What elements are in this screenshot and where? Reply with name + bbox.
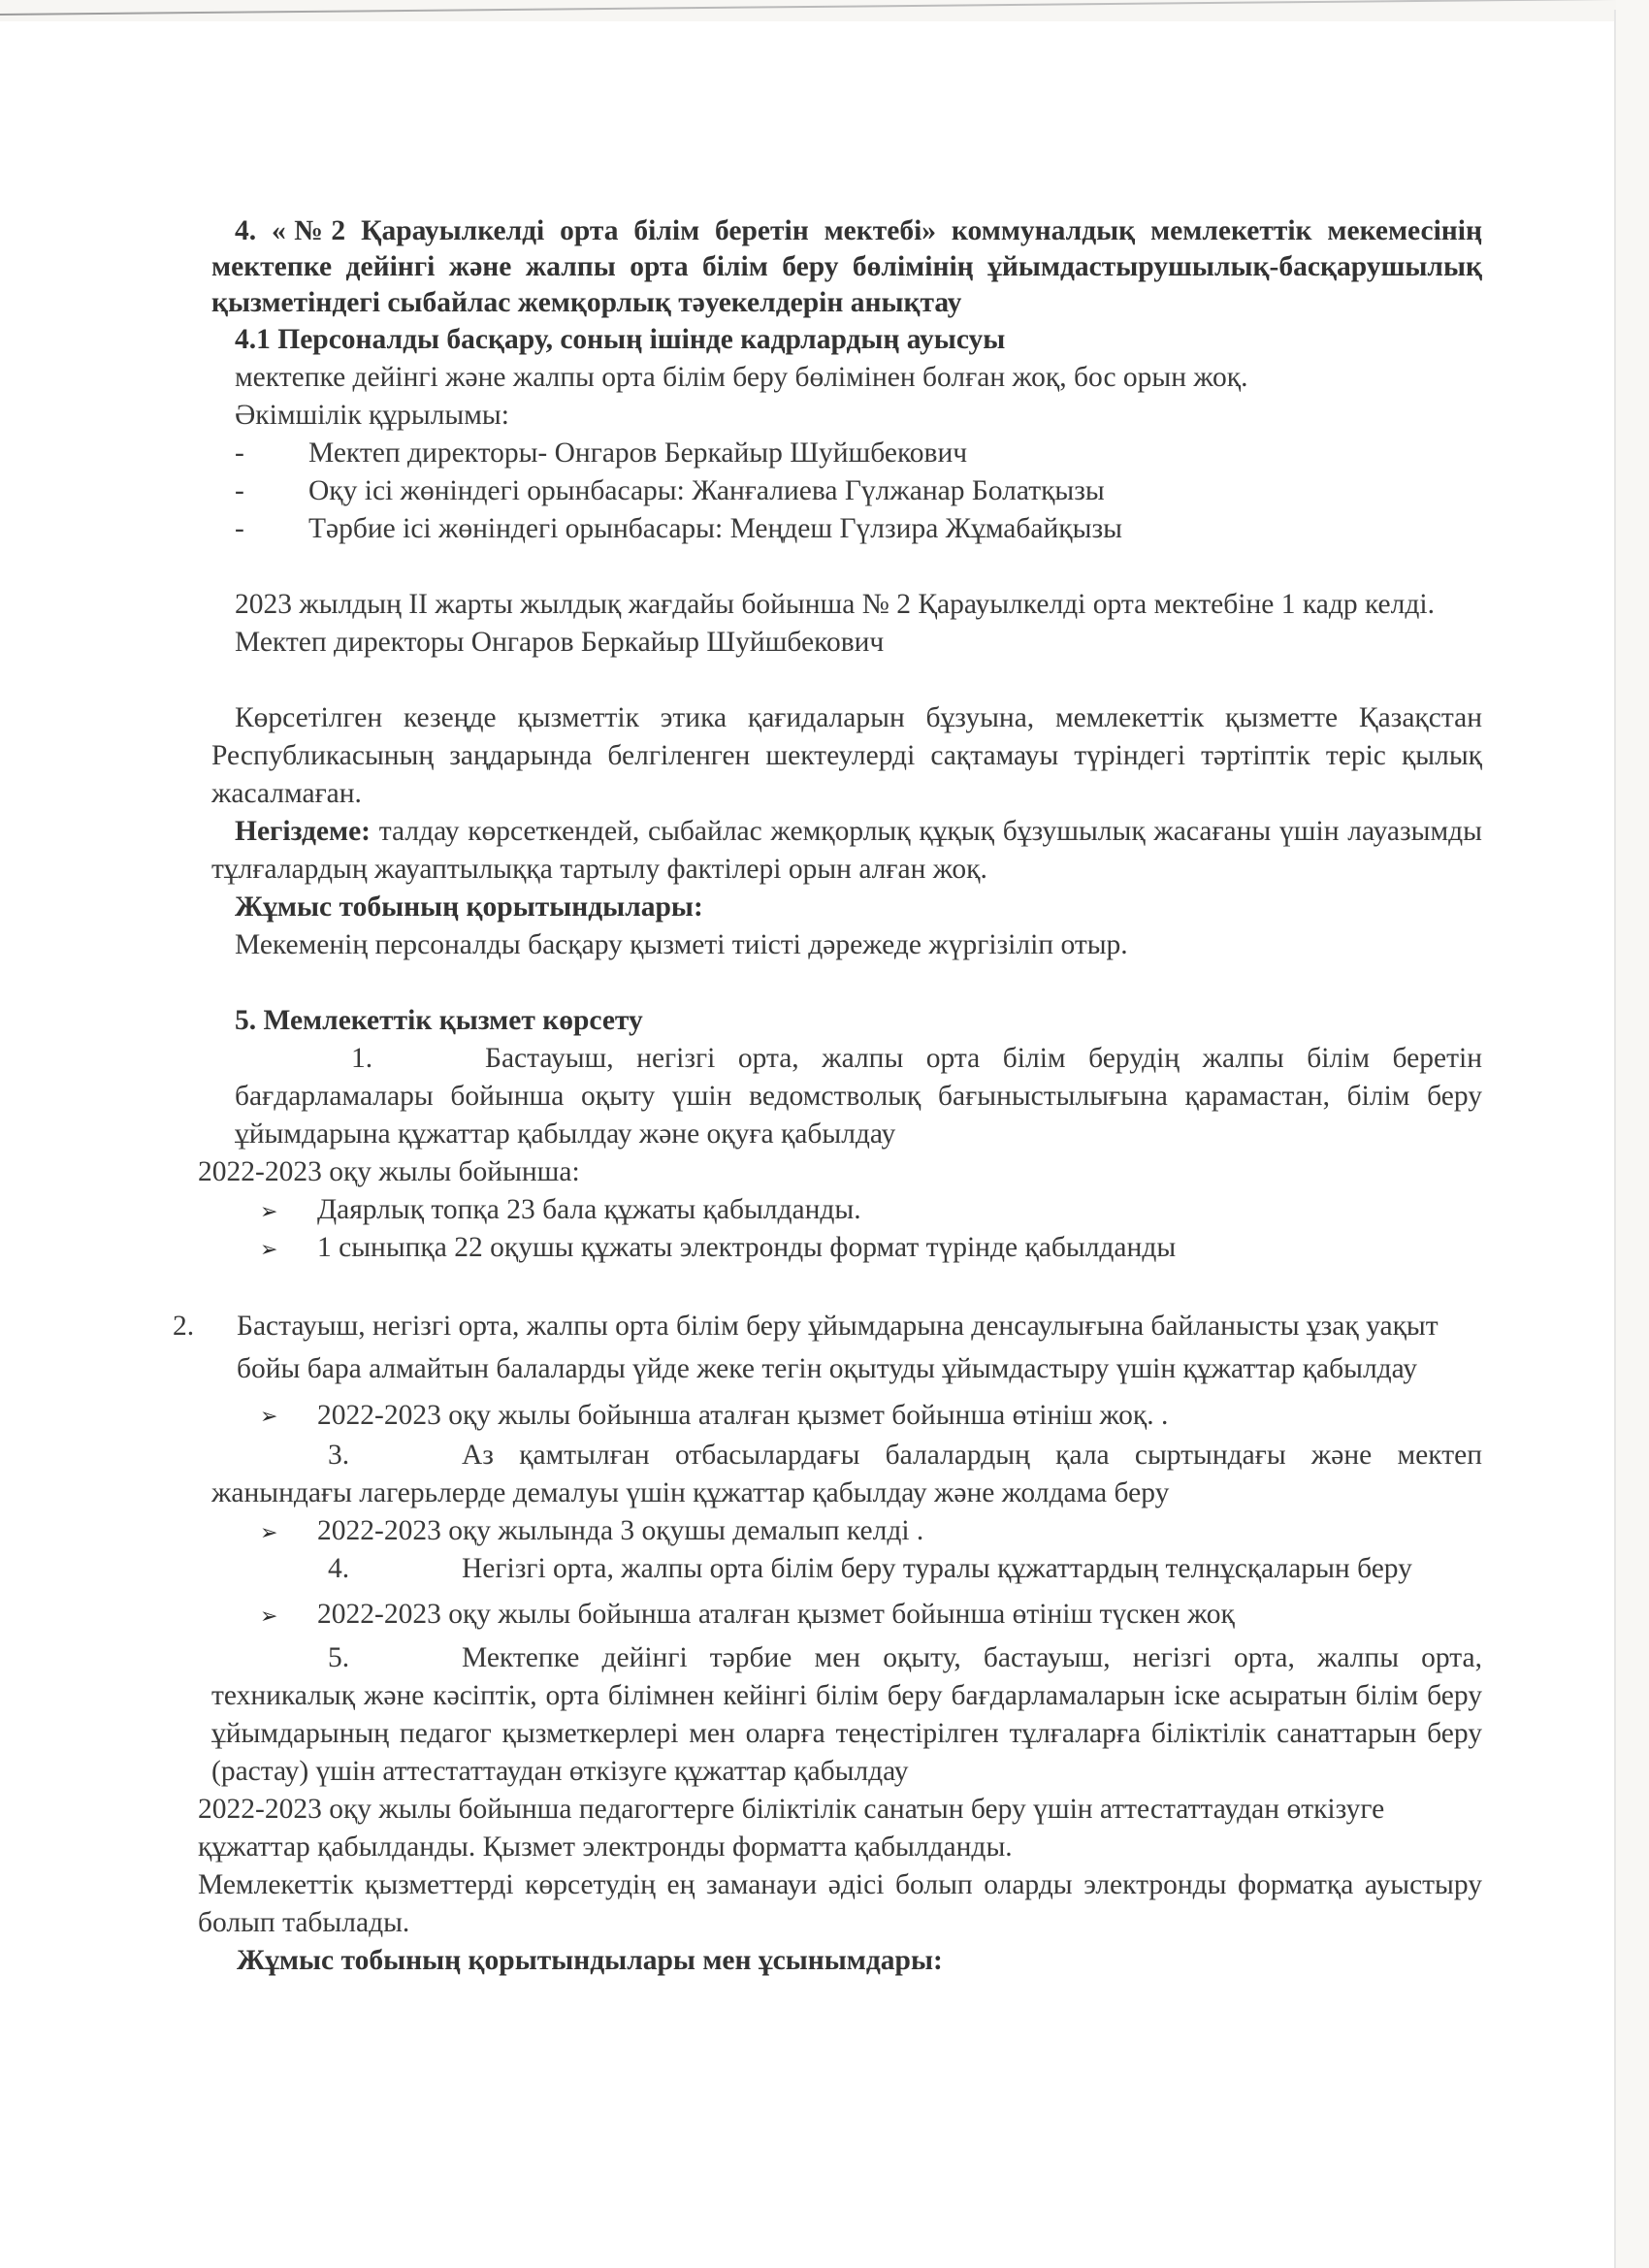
- admin-list-item: - Тәрбие ісі жөніндегі орынбасары: Меңде…: [235, 510, 1482, 548]
- service-item-5: 5.Мектепке дейінгі тәрбие мен оқыту, бас…: [211, 1639, 1482, 1791]
- bullet-item: ➢ 1 сыныпқа 22 оқушы құжаты электронды ф…: [260, 1229, 1482, 1267]
- admin-list-item-text: Тәрбие ісі жөніндегі орынбасары: Меңдеш …: [308, 513, 1122, 544]
- section-4-1-subtitle: 4.1 Персоналды басқару, соның ішінде кад…: [211, 321, 1482, 359]
- spacer: [211, 964, 1482, 1002]
- service-item-4-bullets: ➢ 2022-2023 оқу жылы бойынша аталған қыз…: [260, 1596, 1482, 1634]
- service-item-2-bullets: ➢ 2022-2023 оқу жылы бойынша аталған қыз…: [260, 1394, 1482, 1437]
- basis-text: талдау көрсеткендей, сыбайлас жемқорлық …: [211, 816, 1482, 885]
- service-item-2: 2. Бастауыш, негізгі орта, жалпы орта бі…: [173, 1305, 1482, 1390]
- service-item-text: Негізгі орта, жалпы орта білім беру тура…: [462, 1553, 1412, 1584]
- bullet-item: ➢ Даярлық топқа 23 бала құжаты қабылданд…: [260, 1191, 1482, 1229]
- service-item-number: 4.: [270, 1550, 462, 1588]
- arrow-bullet-icon: ➢: [260, 1395, 277, 1438]
- bullet-item: ➢ 2022-2023 оқу жылында 3 оқушы демалып …: [260, 1512, 1482, 1550]
- service-item-text: Бастауыш, негізгі орта, жалпы орта білім…: [237, 1311, 1439, 1384]
- arrow-bullet-icon: ➢: [260, 1513, 277, 1551]
- dash-bullet-icon: -: [235, 510, 244, 548]
- dash-bullet-icon: -: [235, 435, 244, 472]
- service-item-number: 3.: [270, 1437, 462, 1474]
- staff-note: 2023 жылдың ІІ жарты жылдық жағдайы бойы…: [211, 586, 1482, 624]
- modern-method-paragraph: Мемлекеттік қызметтерді көрсетудің ең за…: [198, 1866, 1482, 1942]
- service-item-number: 5.: [270, 1639, 462, 1677]
- admin-structure-label: Әкімшілік құрылымы:: [211, 397, 1482, 435]
- admin-list-item: - Оқу ісі жөніндегі орынбасары: Жанғалие…: [235, 472, 1482, 510]
- service-item-3: 3.Аз қамтылған отбасылардағы балалардың …: [211, 1437, 1482, 1512]
- admin-list: - Мектеп директоры- Онгаров Беркайыр Шуй…: [211, 435, 1482, 548]
- service-item-1: 1.Бастауыш, негізгі орта, жалпы орта біл…: [211, 1040, 1482, 1153]
- dash-bullet-icon: -: [235, 472, 244, 510]
- scan-page-right-edge: [1614, 10, 1616, 2268]
- admin-list-item-text: Оқу ісі жөніндегі орынбасары: Жанғалиева…: [308, 475, 1105, 506]
- bullet-item-text: 1 сыныпқа 22 оқушы құжаты электронды фор…: [317, 1232, 1176, 1263]
- basis-label: Негіздеме:: [235, 816, 371, 847]
- bullet-item: ➢ 2022-2023 оқу жылы бойынша аталған қыз…: [260, 1596, 1482, 1634]
- section-4-conclusions-text: Мекеменің персоналды басқару қызметі тиі…: [211, 926, 1482, 964]
- section-5-conclusions-label: Жұмыс тобының қорытындылары мен ұсынымда…: [237, 1942, 1482, 1980]
- service-item-number: 2.: [173, 1305, 194, 1347]
- bullet-item-text: Даярлық топқа 23 бала құжаты қабылданды.: [317, 1194, 861, 1225]
- spacer: [211, 662, 1482, 699]
- bullet-item-text: 2022-2023 оқу жылы бойынша аталған қызме…: [317, 1400, 1168, 1431]
- bullet-item-text: 2022-2023 оқу жылы бойынша аталған қызме…: [317, 1599, 1235, 1630]
- section-5-title: 5. Мемлекеттік қызмет көрсету: [211, 1002, 1482, 1040]
- service-item-4: 4.Негізгі орта, жалпы орта білім беру ту…: [211, 1550, 1482, 1588]
- service-item-1-year-label: 2022-2023 оқу жылы бойынша:: [198, 1153, 1482, 1191]
- basis-paragraph: Негіздеме: талдау көрсеткендей, сыбайлас…: [211, 813, 1482, 889]
- service-item-3-bullets: ➢ 2022-2023 оқу жылында 3 оқушы демалып …: [260, 1512, 1482, 1550]
- ethics-paragraph: Көрсетілген кезеңде қызметтік этика қағи…: [211, 699, 1482, 813]
- scan-right-margin: [1616, 0, 1649, 2268]
- section-4-title: 4. «№2 Қарауылкелді орта білім беретін м…: [211, 213, 1482, 321]
- staff-turnover-text: мектепке дейінгі және жалпы орта білім б…: [211, 359, 1482, 397]
- spacer: [211, 1267, 1482, 1305]
- service-item-number: 1.: [293, 1040, 485, 1078]
- bullet-item-text: 2022-2023 оқу жылында 3 оқушы демалып ке…: [317, 1515, 923, 1546]
- director-line: Мектеп директоры Онгаров Беркайыр Шуйшбе…: [211, 624, 1482, 662]
- bullet-item: ➢ 2022-2023 оқу жылы бойынша аталған қыз…: [260, 1394, 1482, 1437]
- service-item-1-bullets: ➢ Даярлық топқа 23 бала құжаты қабылданд…: [260, 1191, 1482, 1267]
- arrow-bullet-icon: ➢: [260, 1230, 277, 1268]
- admin-list-item: - Мектеп директоры- Онгаров Беркайыр Шуй…: [235, 435, 1482, 472]
- admin-list-item-text: Мектеп директоры- Онгаров Беркайыр Шуйшб…: [308, 437, 967, 469]
- spacer: [211, 548, 1482, 586]
- attestation-note: 2022-2023 оқу жылы бойынша педагогтерге …: [198, 1791, 1482, 1866]
- document-page: 4. «№2 Қарауылкелді орта білім беретін м…: [211, 213, 1482, 1980]
- arrow-bullet-icon: ➢: [260, 1192, 277, 1230]
- arrow-bullet-icon: ➢: [260, 1597, 277, 1635]
- section-4-conclusions-label: Жұмыс тобының қорытындылары:: [211, 889, 1482, 926]
